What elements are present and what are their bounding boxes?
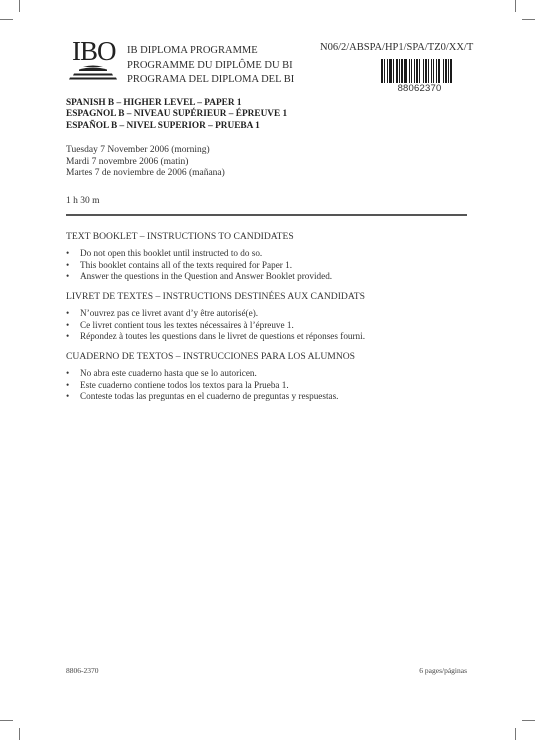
instruction-text: Conteste todas las preguntas en el cuade… <box>80 391 338 401</box>
ibo-logo-text: IBO <box>72 37 116 65</box>
crop-mark-bottom-right-horizontal <box>522 720 535 721</box>
instruction-item: •Answer the questions in the Question an… <box>66 271 476 283</box>
instructions-spanish: CUADERNO DE TEXTOS – INSTRUCCIONES PARA … <box>66 351 476 403</box>
exam-date-fr: Mardi 7 novembre 2006 (matin) <box>66 157 225 169</box>
instruction-list: •Do not open this booklet until instruct… <box>66 248 476 283</box>
instruction-item: •Do not open this booklet until instruct… <box>66 248 476 260</box>
crop-mark-bottom-left-vertical <box>19 728 20 740</box>
crop-mark-bottom-right-vertical <box>515 728 516 740</box>
exam-duration: 1 h 30 m <box>66 195 100 207</box>
bullet-icon: • <box>66 380 69 392</box>
subject-titles: SPANISH B – HIGHER LEVEL – PAPER 1 ESPAG… <box>66 98 287 132</box>
ibo-logo-dome-icon <box>67 64 119 82</box>
organization-names: IB DIPLOMA PROGRAMME PROGRAMME DU DIPLÔM… <box>127 44 294 88</box>
document-code: N06/2/ABSPA/HP1/SPA/TZ0/XX/T <box>320 41 473 54</box>
bullet-icon: • <box>66 260 69 272</box>
exam-date-es: Martes 7 de noviembre de 2006 (mañana) <box>66 168 225 180</box>
bullet-icon: • <box>66 331 69 343</box>
instruction-item: •Conteste todas las preguntas en el cuad… <box>66 391 476 403</box>
section-heading: TEXT BOOKLET – INSTRUCTIONS TO CANDIDATE… <box>66 231 476 243</box>
instruction-item: •N’ouvrez pas ce livret avant d’y être a… <box>66 308 476 320</box>
instruction-text: This booklet contains all of the texts r… <box>80 260 292 270</box>
instruction-text: Répondez à toutes les questions dans le … <box>80 331 365 341</box>
instruction-item: •Ce livret contient tous les textes néce… <box>66 320 476 332</box>
barcode-icon <box>381 59 458 83</box>
crop-mark-bottom-left-horizontal <box>0 720 13 721</box>
instruction-text: Ce livret contient tous les textes néces… <box>80 320 294 330</box>
barcode-number: 88062370 <box>381 83 458 94</box>
instructions-french: LIVRET DE TEXTES – INSTRUCTIONS DESTINÉE… <box>66 291 476 343</box>
bullet-icon: • <box>66 248 69 260</box>
instruction-item: •Este cuaderno contiene todos los textos… <box>66 380 476 392</box>
footer-document-number: 8806-2370 <box>66 666 99 676</box>
instruction-item: •This booklet contains all of the texts … <box>66 260 476 272</box>
instruction-item: •Répondez à toutes les questions dans le… <box>66 331 476 343</box>
bullet-icon: • <box>66 368 69 380</box>
footer-page-count: 6 pages/páginas <box>419 666 467 676</box>
separator-rule <box>66 214 467 216</box>
subject-title-fr: ESPAGNOL B – NIVEAU SUPÉRIEUR – ÉPREUVE … <box>66 109 287 120</box>
crop-mark-top-right-vertical <box>515 0 516 12</box>
exam-dates: Tuesday 7 November 2006 (morning) Mardi … <box>66 145 225 180</box>
bullet-icon: • <box>66 308 69 320</box>
instruction-list: •No abra este cuaderno hasta que se lo a… <box>66 368 476 403</box>
exam-date-en: Tuesday 7 November 2006 (morning) <box>66 145 225 157</box>
crop-mark-top-right-horizontal <box>522 19 535 20</box>
instruction-text: N’ouvrez pas ce livret avant d’y être au… <box>80 308 258 318</box>
instruction-text: Este cuaderno contiene todos los textos … <box>80 380 289 390</box>
instruction-text: Answer the questions in the Question and… <box>80 271 332 281</box>
instructions-english: TEXT BOOKLET – INSTRUCTIONS TO CANDIDATE… <box>66 231 476 283</box>
subject-title-en: SPANISH B – HIGHER LEVEL – PAPER 1 <box>66 98 287 109</box>
bullet-icon: • <box>66 320 69 332</box>
org-line-en: IB DIPLOMA PROGRAMME <box>127 44 294 59</box>
bullet-icon: • <box>66 271 69 283</box>
section-heading: LIVRET DE TEXTES – INSTRUCTIONS DESTINÉE… <box>66 291 476 303</box>
section-heading: CUADERNO DE TEXTOS – INSTRUCCIONES PARA … <box>66 351 476 363</box>
crop-mark-top-left-horizontal <box>0 19 13 20</box>
instruction-list: •N’ouvrez pas ce livret avant d’y être a… <box>66 308 476 343</box>
org-line-fr: PROGRAMME DU DIPLÔME DU BI <box>127 59 294 74</box>
instruction-item: •No abra este cuaderno hasta que se lo a… <box>66 368 476 380</box>
subject-title-es: ESPAÑOL B – NIVEL SUPERIOR – PRUEBA 1 <box>66 121 287 132</box>
crop-mark-top-left-vertical <box>19 0 20 12</box>
org-line-es: PROGRAMA DEL DIPLOMA DEL BI <box>127 73 294 88</box>
instruction-text: Do not open this booklet until instructe… <box>80 248 262 258</box>
bullet-icon: • <box>66 391 69 403</box>
instruction-text: No abra este cuaderno hasta que se lo au… <box>80 368 257 378</box>
